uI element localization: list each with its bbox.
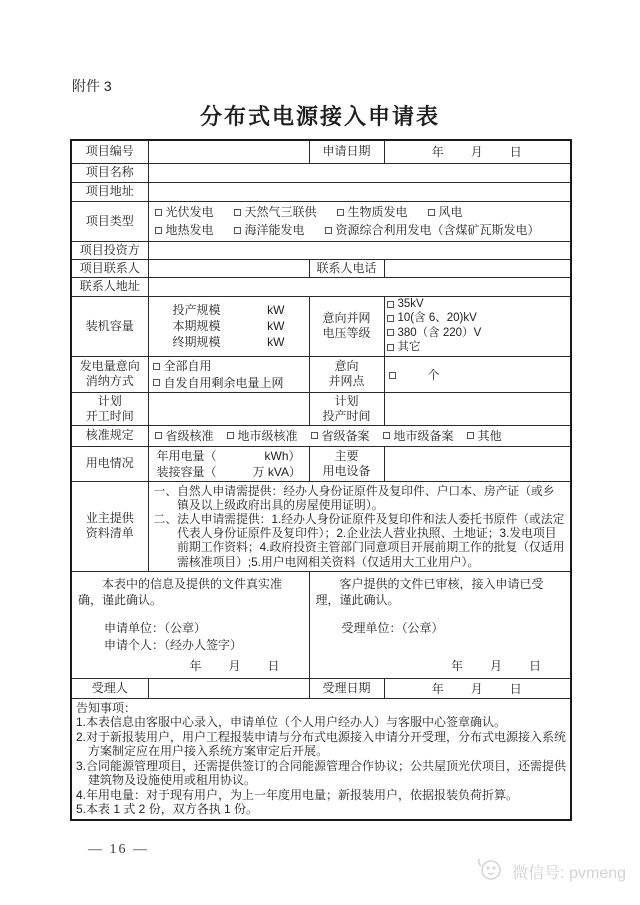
checkbox-icon (155, 227, 162, 234)
consumption-options: 全部自用 自发自用剩余电量上网 (148, 356, 309, 392)
checkbox-option: 35kV (387, 298, 424, 311)
checkbox-icon (387, 301, 394, 308)
checkbox-icon (428, 209, 435, 216)
checkbox-icon (155, 432, 162, 439)
row-docs: 业主提供 资料清单 一、自然人申请需提供：经办人身份证原件及复印件、户口本、房产… (71, 481, 571, 571)
checkbox-option: 省级备案 (311, 427, 370, 445)
project-no-value (148, 140, 309, 163)
watermark-text: 微信号: pvmeng (512, 860, 626, 883)
voltage-label: 意向并网 电压等级 (309, 296, 384, 356)
checkbox-label: 10(含 6、20)kV (398, 312, 477, 325)
project-type-options: 光伏发电 天然气三联供 生物质发电 风电 地热发电 海洋能发电 资源综合利用发电… (148, 201, 571, 241)
checkbox-option: 其他 (467, 427, 502, 445)
checkbox-label: 380（含 220）V (398, 327, 482, 340)
row-project-type: 项目类型 光伏发电 天然气三联供 生物质发电 风电 地热发电 海洋能发电 资源综… (71, 201, 571, 241)
checkbox-option: 自发自用剩余电量上网 (153, 375, 284, 391)
capacity-values: 投产规模kW 本期规模kW 终期规模kW (148, 296, 309, 356)
capacity-row-unit: kW (267, 302, 284, 318)
page-title: 分布式电源接入申请表 (0, 100, 640, 131)
applicant-date: 年 月 日 (78, 657, 303, 674)
capacity-row-unit: kW (267, 334, 284, 350)
notes-cell: 告知事项： 1.本表信息由客服中心录入，申请单位（个人用户经办人）与客服中心签章… (71, 698, 571, 820)
checkbox-label: 其它 (398, 341, 421, 354)
voltage-label-line1: 意向并网 (310, 311, 384, 326)
power-usage-values: 年用电量（ kWh） 装接容量（ 万 kVA） (148, 446, 309, 481)
applicant-unit-line: 申请单位：（公章） (104, 620, 303, 637)
voltage-options: 35kV 10(含 6、20)kV 380（含 220）V 其它 (384, 296, 571, 356)
checkbox-icon (467, 432, 474, 439)
checkbox-label: 全部自用 (164, 358, 212, 374)
notes-item-3: 3.合同能源管理项目，还需提供签订的合同能源管理合作协议；公共屋顶光伏项目，还需… (76, 759, 566, 788)
plan-start-label: 计划 开工时间 (71, 392, 148, 425)
wechat-watermark: 微信号: pvmeng (477, 856, 626, 887)
row-capacity: 装机容量 投产规模kW 本期规模kW 终期规模kW 意向并网 电压等级 35kV… (71, 296, 571, 356)
plan-production-label: 计划 投产时间 (309, 392, 384, 425)
checkbox-icon (155, 209, 162, 216)
checkbox-icon (325, 227, 332, 234)
plan-start-value (148, 392, 309, 425)
row-consumption: 发电量意向 消纳方式 全部自用 自发自用剩余电量上网 意向 并网点 个 (71, 356, 571, 392)
row-contact: 项目联系人 联系人电话 (71, 259, 571, 277)
checkbox-icon (387, 329, 394, 336)
investor-value (148, 241, 571, 259)
checkbox-icon (153, 379, 160, 386)
checkbox-label: 海洋能发电 (245, 221, 305, 239)
checkbox-label: 35kV (398, 298, 424, 311)
grid-point-label-line1: 意向 (310, 359, 384, 374)
consumption-label: 发电量意向 消纳方式 (71, 356, 148, 392)
mascot-icon (477, 856, 507, 887)
row-project-no: 项目编号 申请日期 年 月 日 (71, 140, 571, 163)
acceptance-unit-line: 受理单位：（公章） (342, 620, 565, 637)
checkbox-icon (227, 432, 234, 439)
docs-label-line1: 业主提供 (76, 511, 144, 526)
checkbox-label: 资源综合利用发电（含煤矿瓦斯发电） (336, 221, 540, 239)
applicant-person-line: 申请个人：（经办人签字） (104, 637, 303, 654)
row-project-addr: 项目地址 (71, 182, 571, 201)
plan-production-value (384, 392, 571, 425)
checkbox-option: 光伏发电 (155, 203, 214, 221)
main-equipment-label-line1: 主要 (310, 449, 384, 464)
checkbox-label: 地热发电 (166, 221, 214, 239)
checkbox-option: 资源综合利用发电（含煤矿瓦斯发电） (325, 221, 540, 239)
apply-date-value: 年 月 日 (384, 140, 571, 163)
checkbox-option: 地市级备案 (383, 427, 454, 445)
capacity-row-name: 终期规模 (173, 334, 221, 350)
grid-point-value: 个 (384, 356, 571, 392)
power-usage-label: 用电情况 (71, 446, 148, 481)
main-equipment-value (384, 446, 571, 481)
checkbox-option: 天然气三联供 (234, 203, 317, 221)
application-form-table: 项目编号 申请日期 年 月 日 项目名称 项目地址 项目类型 光伏发电 天然气三… (70, 139, 572, 821)
checkbox-option: 生物质发电 (337, 203, 408, 221)
checkbox-option: 省级核准 (155, 427, 214, 445)
page-number: — 16 — (88, 842, 149, 858)
checkbox-label: 风电 (439, 203, 463, 221)
applicant-confirm-cell: 本表中的信息及提供的文件真实准确，谨此确认。 申请单位：（公章） 申请个人：（经… (71, 571, 309, 678)
checkbox-label: 其他 (478, 427, 502, 445)
row-confirmation: 本表中的信息及提供的文件真实准确，谨此确认。 申请单位：（公章） 申请个人：（经… (71, 571, 571, 678)
checkbox-icon (234, 227, 241, 234)
accept-date-label: 受理日期 (309, 678, 384, 698)
main-equipment-label: 主要 用电设备 (309, 446, 384, 481)
project-name-label: 项目名称 (71, 163, 148, 182)
checkbox-label: 生物质发电 (348, 203, 408, 221)
checkbox-label: 省级核准 (166, 427, 214, 445)
row-plan-time: 计划 开工时间 计划 投产时间 (71, 392, 571, 425)
approval-options: 省级核准 地市级核准 省级备案 地市级备案 其他 (148, 425, 571, 446)
plan-start-label-line1: 计划 (76, 394, 144, 409)
checkbox-icon (311, 432, 318, 439)
checkbox-icon (234, 209, 241, 216)
row-notes: 告知事项： 1.本表信息由客服中心录入，申请单位（个人用户经办人）与客服中心签章… (71, 698, 571, 820)
checkbox-icon (337, 209, 344, 216)
main-equipment-label-line2: 用电设备 (310, 464, 384, 479)
plan-production-label-line2: 投产时间 (310, 409, 384, 424)
acceptor-label: 受理人 (71, 678, 148, 698)
docs-item-2: 二、法人申请需提供：1.经办人身份证原件及复印件和法人委托书原件（或法定代表人身… (154, 512, 566, 569)
checkbox-option (389, 372, 400, 379)
contact-label: 项目联系人 (71, 259, 148, 277)
project-addr-label: 项目地址 (71, 182, 148, 201)
checkbox-option: 10(含 6、20)kV (387, 312, 477, 325)
power-usage-line2: 装接容量（ 万 kVA） (153, 464, 305, 480)
contact-phone-value (384, 259, 571, 277)
notes-item-5: 5.本表 1 式 2 份，双方各执 1 份。 (76, 802, 566, 817)
checkbox-label: 省级备案 (322, 427, 370, 445)
grid-point-label: 意向 并网点 (309, 356, 384, 392)
checkbox-icon (153, 363, 160, 370)
row-power-usage: 用电情况 年用电量（ kWh） 装接容量（ 万 kVA） 主要 用电设备 (71, 446, 571, 481)
checkbox-option: 其它 (387, 341, 421, 354)
project-type-label: 项目类型 (71, 201, 148, 241)
notes-title: 告知事项： (76, 701, 566, 716)
checkbox-icon (389, 372, 396, 379)
checkbox-label: 地市级备案 (394, 427, 454, 445)
consumption-label-line2: 消纳方式 (76, 374, 144, 389)
checkbox-label: 地市级核准 (238, 427, 298, 445)
checkbox-label: 光伏发电 (166, 203, 214, 221)
checkbox-label: 自发自用剩余电量上网 (164, 375, 284, 391)
checkbox-option: 380（含 220）V (387, 327, 482, 340)
acceptance-statement: 客户提供的文件已审核，接入申请已受理，谨此确认。 (316, 576, 565, 608)
notes-item-1: 1.本表信息由客服中心录入，申请单位（个人用户经办人）与客服中心签章确认。 (76, 715, 566, 730)
project-no-label: 项目编号 (71, 140, 148, 163)
apply-date-label: 申请日期 (309, 140, 384, 163)
acceptance-date: 年 月 日 (316, 657, 565, 674)
accept-date-value: 年 月 日 (384, 678, 571, 698)
contact-addr-label: 联系人地址 (71, 277, 148, 296)
acceptance-confirm-cell: 客户提供的文件已审核，接入申请已受理，谨此确认。 受理单位：（公章） 年 月 日 (309, 571, 571, 678)
row-acceptor: 受理人 受理日期 年 月 日 (71, 678, 571, 698)
contact-value (148, 259, 309, 277)
consumption-label-line1: 发电量意向 (76, 359, 144, 374)
approval-label: 核准规定 (71, 425, 148, 446)
row-approval: 核准规定 省级核准 地市级核准 省级备案 地市级备案 其他 (71, 425, 571, 446)
applicant-statement: 本表中的信息及提供的文件真实准确，谨此确认。 (78, 576, 303, 608)
grid-point-unit: 个 (428, 368, 440, 382)
row-investor: 项目投资方 (71, 241, 571, 259)
capacity-label: 装机容量 (71, 296, 148, 356)
attachment-label: 附件 3 (72, 76, 112, 96)
notes-item-2: 2.对于新报装用户，用户工程报装申请与分布式电源接入申请分开受理，分布式电源接入… (76, 730, 566, 759)
power-usage-line1: 年用电量（ kWh） (153, 448, 305, 464)
capacity-row-name: 投产规模 (173, 302, 221, 318)
checkbox-icon (383, 432, 390, 439)
project-name-value (148, 163, 571, 182)
row-project-name: 项目名称 (71, 163, 571, 182)
notes-item-4: 4.年用电量：对于现有用户，为上一年度用电量；新报装用户，依据报装负荷折算。 (76, 788, 566, 803)
plan-start-label-line2: 开工时间 (76, 409, 144, 424)
checkbox-icon (387, 344, 394, 351)
voltage-label-line2: 电压等级 (310, 326, 384, 341)
plan-production-label-line1: 计划 (310, 394, 384, 409)
docs-label: 业主提供 资料清单 (71, 481, 148, 571)
docs-item-1: 一、自然人申请需提供：经办人身份证原件及复印件、户口本、房产证（或乡镇及以上级政… (154, 484, 566, 512)
checkbox-icon (387, 315, 394, 322)
contact-addr-value (148, 277, 571, 296)
capacity-row-name: 本期规模 (173, 318, 221, 334)
checkbox-option: 地热发电 (155, 221, 214, 239)
docs-list: 一、自然人申请需提供：经办人身份证原件及复印件、户口本、房产证（或乡镇及以上级政… (148, 481, 571, 571)
grid-point-label-line2: 并网点 (310, 374, 384, 389)
checkbox-option: 全部自用 (153, 358, 212, 374)
document-page: { "colors": { "background": "#ffffff", "… (0, 0, 640, 905)
docs-label-line2: 资料清单 (76, 526, 144, 541)
capacity-row-unit: kW (267, 318, 284, 334)
contact-phone-label: 联系人电话 (309, 259, 384, 277)
checkbox-option: 风电 (428, 203, 463, 221)
checkbox-option: 海洋能发电 (234, 221, 305, 239)
project-addr-value (148, 182, 571, 201)
acceptor-value (148, 678, 309, 698)
checkbox-label: 天然气三联供 (245, 203, 317, 221)
row-contact-addr: 联系人地址 (71, 277, 571, 296)
checkbox-option: 地市级核准 (227, 427, 298, 445)
investor-label: 项目投资方 (71, 241, 148, 259)
